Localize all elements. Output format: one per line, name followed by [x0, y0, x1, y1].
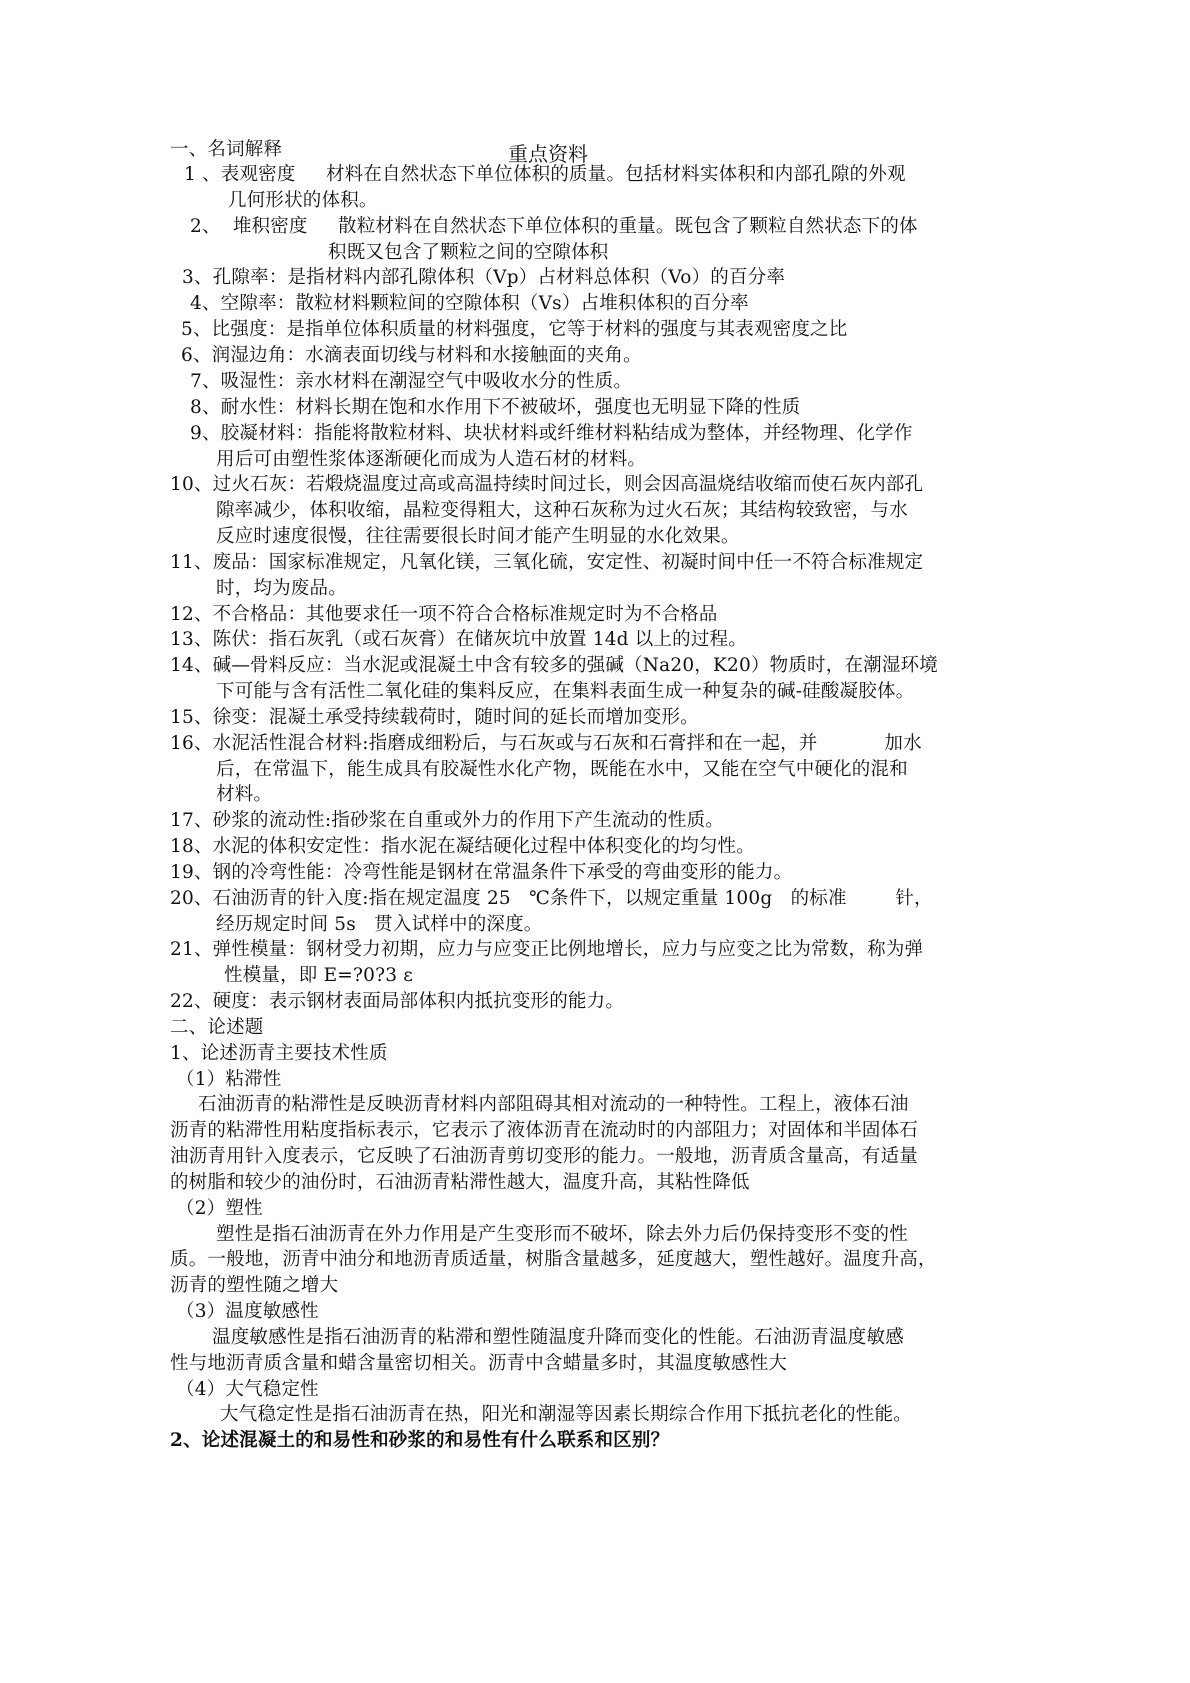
term-11-cont: 时，均为废品。 [216, 576, 347, 602]
section-heading-terms: 一、名词解释 [170, 137, 282, 163]
term-10-cont-2: 反应时速度很慢，往往需要很长时间才能产生明显的水化效果。 [216, 524, 740, 550]
term-10: 10、过火石灰：若煅烧温度过高或高温持续时间过长，则会因高温烧结收缩而使石灰内部… [170, 472, 923, 498]
term-17: 17、砂浆的流动性:指砂浆在自重或外力的作用下产生流动的性质。 [170, 808, 724, 834]
term-8: 8、耐水性：材料长期在饱和水作用下不被破坏，强度也无明显下降的性质 [190, 395, 800, 421]
paragraph-plasticity-3: 沥青的塑性随之增大 [170, 1273, 338, 1299]
term-12: 12、不合格品：其他要求任一项不符合合格标准规定时为不合格品 [170, 602, 718, 628]
paragraph-temperature-1: 温度敏感性是指石油沥青的粘滞和塑性随温度升降而变化的性能。石油沥青温度敏感 [212, 1325, 904, 1351]
term-3: 3、孔隙率：是指材料内部孔隙体积（Vp）占材料总体积（Vo）的百分率 [182, 265, 785, 291]
term-21: 21、弹性模量：钢材受力初期，应力与应变正比例地增长，应力与应变之比为常数，称为… [170, 937, 923, 963]
paragraph-temperature-2: 性与地沥青质含量和蜡含量密切相关。沥青中含蜡量多时，其温度敏感性大 [170, 1351, 787, 1377]
section-heading-essays: 二、论述题 [170, 1015, 264, 1041]
paragraph-viscosity-3: 油沥青用针入度表示，它反映了石油沥青剪切变形的能力。一般地，沥青质含量高，有适量 [170, 1144, 918, 1170]
term-9-cont: 用后可由塑性浆体逐渐硬化而成为人造石材的材料。 [216, 447, 646, 473]
term-16-cont-1: 后，在常温下，能生成具有胶凝性水化产物，既能在水中，又能在空气中硬化的混和 [216, 757, 908, 783]
subheading-plasticity: （2）塑性 [176, 1196, 263, 1222]
term-7: 7、吸湿性：亲水材料在潮湿空气中吸收水分的性质。 [190, 369, 632, 395]
essay-1-question: 1、论述沥青主要技术性质 [170, 1041, 388, 1067]
term-5: 5、比强度：是指单位体积质量的材料强度，它等于材料的强度与其表观密度之比 [181, 317, 847, 343]
term-9: 9、胶凝材料：指能将散粒材料、块状材料或纤维材料粘结成为整体，并经物理、化学作 [190, 421, 913, 447]
term-2-cont: 积既又包含了颗粒之间的空隙体积 [328, 240, 609, 266]
term-4: 4、空隙率：散粒材料颗粒间的空隙体积（Vs）占堆积体积的百分率 [190, 291, 749, 317]
term-20-cont: 经历规定时间 5s 贯入试样中的深度。 [216, 912, 543, 938]
term-20: 20、石油沥青的针入度:指在规定温度 25 ℃条件下，以规定重量 100g 的标… [170, 886, 933, 912]
term-2: 2、 堆积密度 散粒材料在自然状态下单位体积的重量。既包含了颗粒自然状态下的体 [190, 214, 918, 240]
term-14-cont: 下可能与含有活性二氧化硅的集料反应，在集料表面生成一种复杂的碱-硅酸凝胶体。 [216, 679, 914, 705]
subheading-viscosity: （1）粘滞性 [176, 1067, 281, 1093]
term-6: 6、润湿边角：水滴表面切线与材料和水接触面的夹角。 [181, 343, 642, 369]
term-11: 11、废品：国家标准规定，凡氧化镁，三氧化硫，安定性、初凝时间中任一不符合标准规… [170, 550, 923, 576]
term-10-cont-1: 隙率减少，体积收缩，晶粒变得粗大，这种石灰称为过火石灰；其结构较致密，与水 [216, 498, 908, 524]
term-16: 16、水泥活性混合材料:指磨成细粉后，与石灰或与石灰和石膏拌和在一起，并 加水 [170, 731, 922, 757]
term-1-cont: 几何形状的体积。 [228, 188, 378, 214]
paragraph-viscosity-2: 沥青的粘滞性用粘度指标表示，它表示了液体沥青在流动时的内部阻力；对固体和半固体石 [170, 1118, 918, 1144]
term-16-cont-2: 材料。 [216, 782, 272, 808]
term-13: 13、陈伏：指石灰乳（或石灰膏）在储灰坑中放置 14d 以上的过程。 [170, 627, 747, 653]
paragraph-viscosity-4: 的树脂和较少的油份时，石油沥青粘滞性越大，温度升高，其粘性降低 [170, 1170, 750, 1196]
subheading-atmospheric-stability: （4）大气稳定性 [176, 1377, 319, 1403]
term-15: 15、徐变：混凝土承受持续载荷时，随时间的延长而增加变形。 [170, 705, 699, 731]
document-page: 重点资料 一、名词解释 1 、表观密度 材料在自然状态下单位体积的质量。包括材料… [0, 0, 1190, 1683]
essay-2-question: 2、论述混凝土的和易性和砂浆的和易性有什么联系和区别？ [170, 1428, 669, 1454]
subheading-temperature-sensitivity: （3）温度敏感性 [176, 1299, 319, 1325]
paragraph-plasticity-1: 塑性是指石油沥青在外力作用是产生变形而不破坏，除去外力后仍保持变形不变的性 [216, 1222, 908, 1248]
paragraph-atmospheric-1: 大气稳定性是指石油沥青在热，阳光和潮湿等因素长期综合作用下抵抗老化的性能。 [220, 1402, 912, 1428]
term-1: 1 、表观密度 材料在自然状态下单位体积的质量。包括材料实体积和内部孔隙的外观 [184, 162, 906, 188]
paragraph-viscosity-1: 石油沥青的粘滞性是反映沥青材料内部阻碍其相对流动的一种特性。工程上，液体石油 [198, 1092, 909, 1118]
term-21-cont: 性模量，即 E=?0?3 ε [224, 963, 413, 989]
term-19: 19、钢的冷弯性能：冷弯性能是钢材在常温条件下承受的弯曲变形的能力。 [170, 860, 792, 886]
term-18: 18、水泥的体积安定性：指水泥在凝结硬化过程中体积变化的均匀性。 [170, 834, 755, 860]
term-14: 14、碱—骨料反应：当水泥或混凝土中含有较多的强碱（Na20，K20）物质时，在… [170, 653, 938, 679]
term-22: 22、硬度：表示钢材表面局部体积内抵抗变形的能力。 [170, 989, 624, 1015]
paragraph-plasticity-2: 质。一般地，沥青中油分和地沥青质适量，树脂含量越多，延度越大，塑性越好。温度升高… [170, 1247, 937, 1273]
